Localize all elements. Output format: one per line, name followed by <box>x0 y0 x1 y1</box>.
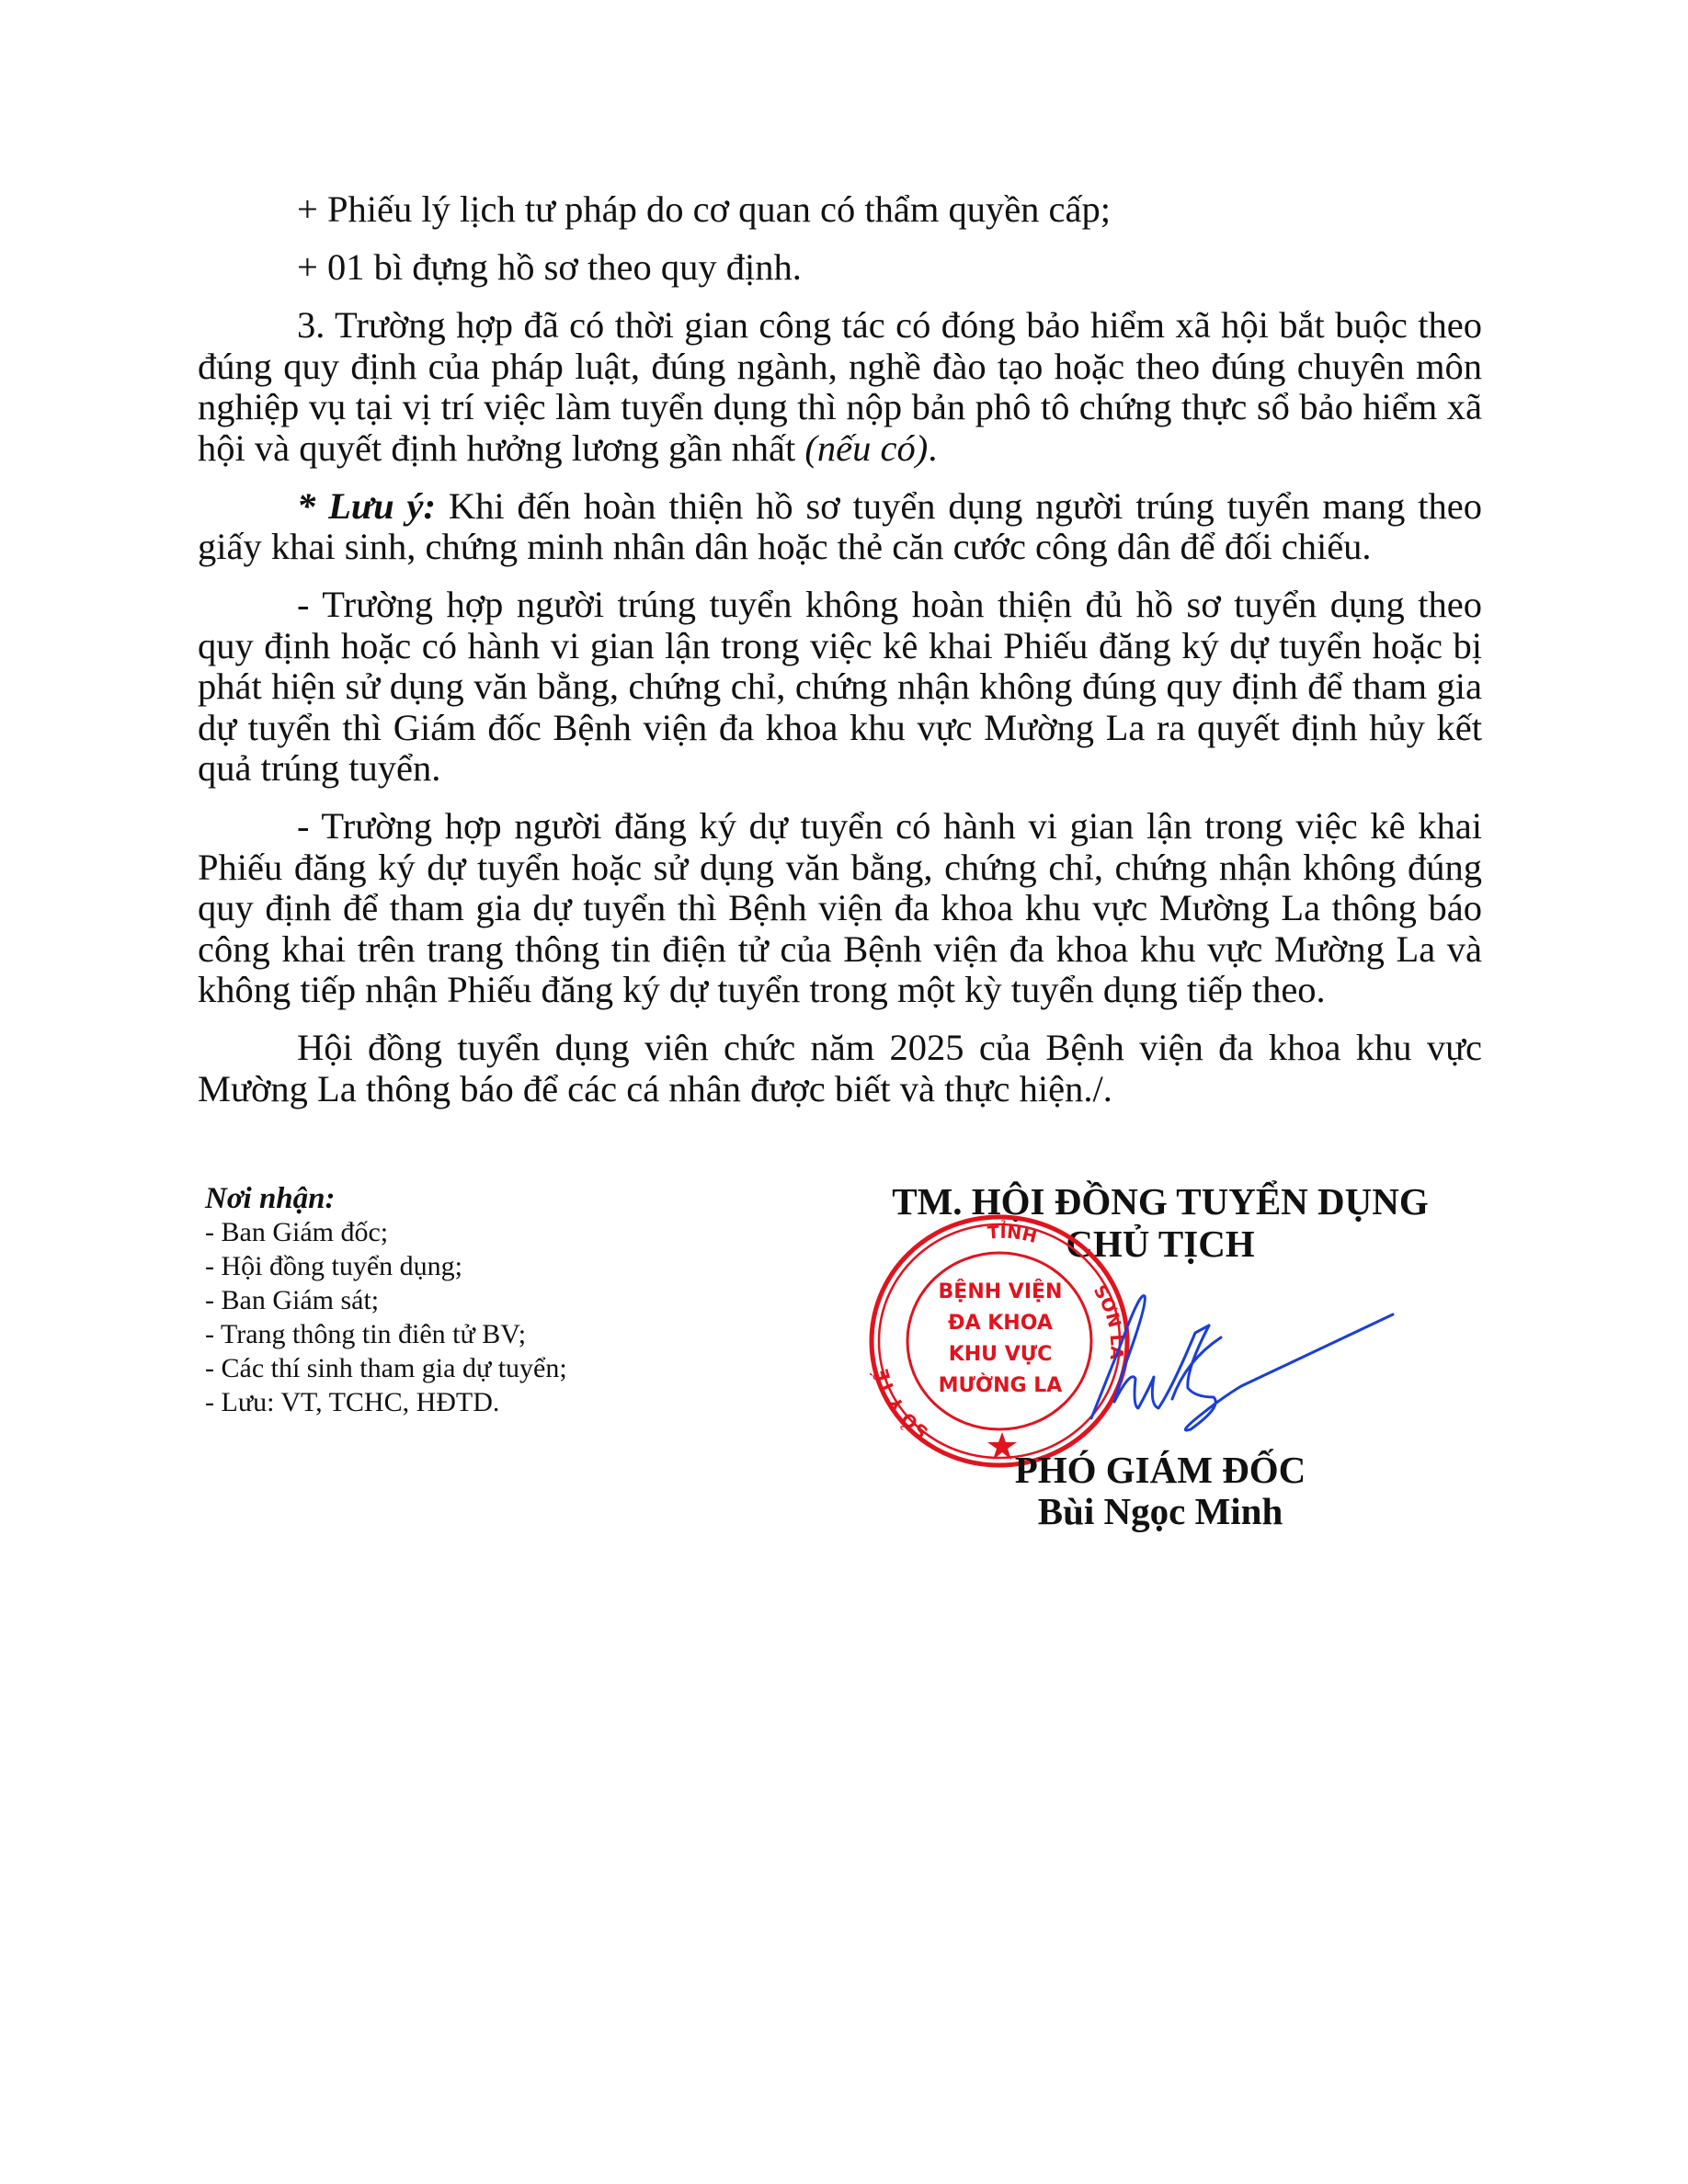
paragraph: Hội đồng tuyển dụng viên chức năm 2025 c… <box>198 1028 1482 1109</box>
paragraph-text: + 01 bì đựng hồ sơ theo quy định. <box>297 246 802 288</box>
emphasis-text: (nếu có) <box>804 427 928 469</box>
paragraph-text: - Trường hợp người trúng tuyển không hoà… <box>198 584 1482 789</box>
signer-position: PHÓ GIÁM ĐỐC <box>873 1450 1447 1491</box>
paragraph-text: . <box>928 427 937 469</box>
paragraph: * Lưu ý: Khi đến hoàn thiện hồ sơ tuyển … <box>198 486 1482 568</box>
stamp-ring-left: SỞ Y TẾ <box>869 1366 932 1441</box>
recipients-block: Nơi nhận: - Ban Giám đốc; - Hội đồng tuy… <box>205 1180 567 1419</box>
paragraph: + Phiếu lý lịch tư pháp do cơ quan có th… <box>198 189 1482 231</box>
handwritten-signature <box>1057 1268 1407 1452</box>
document-page: + Phiếu lý lịch tư pháp do cơ quan có th… <box>0 0 1688 2184</box>
signature-header: TM. HỘI ĐỒNG TUYỂN DỤNG CHỦ TỊCH <box>873 1180 1447 1265</box>
paragraph: - Trường hợp người trúng tuyển không hoà… <box>198 585 1482 790</box>
recipient-item: - Các thí sinh tham gia dự tuyển; <box>205 1351 567 1385</box>
paragraph: 3. Trường hợp đã có thời gian công tác c… <box>198 305 1482 469</box>
document-body: + Phiếu lý lịch tư pháp do cơ quan có th… <box>198 189 1482 1127</box>
stamp-center-line: KHU VỰC <box>949 1343 1053 1366</box>
stamp-center-line: ĐA KHOA <box>948 1312 1053 1335</box>
recipient-item: - Ban Giám sát; <box>205 1283 567 1317</box>
signer-name: Bùi Ngọc Minh <box>873 1491 1447 1532</box>
emphasis-text: * Lưu ý: <box>297 485 436 527</box>
recipient-item: - Lưu: VT, TCHC, HĐTD. <box>205 1385 567 1419</box>
stamp-center-line: BỆNH VIỆN <box>939 1279 1063 1303</box>
paragraph: - Trường hợp người đăng ký dự tuyển có h… <box>198 806 1482 1011</box>
on-behalf-label: TM. HỘI ĐỒNG TUYỂN DỤNG <box>873 1180 1447 1223</box>
recipients-title: Nơi nhận: <box>205 1180 567 1217</box>
chairman-label: CHỦ TỊCH <box>873 1223 1447 1265</box>
recipient-item: - Hội đồng tuyển dụng; <box>205 1249 567 1283</box>
recipient-item: - Trang thông tin điên tử BV; <box>205 1317 567 1351</box>
signer-block: PHÓ GIÁM ĐỐC Bùi Ngọc Minh <box>873 1450 1447 1532</box>
stamp-ring-right: SƠN LA <box>1089 1281 1127 1360</box>
stamp-center-line: MƯỜNG LA <box>939 1373 1063 1397</box>
paragraph: + 01 bì đựng hồ sơ theo quy định. <box>198 247 1482 289</box>
paragraph-text: + Phiếu lý lịch tư pháp do cơ quan có th… <box>297 188 1111 230</box>
recipient-item: - Ban Giám đốc; <box>205 1215 567 1249</box>
paragraph-text: - Trường hợp người đăng ký dự tuyển có h… <box>198 805 1482 1010</box>
paragraph-text: Hội đồng tuyển dụng viên chức năm 2025 c… <box>198 1027 1482 1109</box>
